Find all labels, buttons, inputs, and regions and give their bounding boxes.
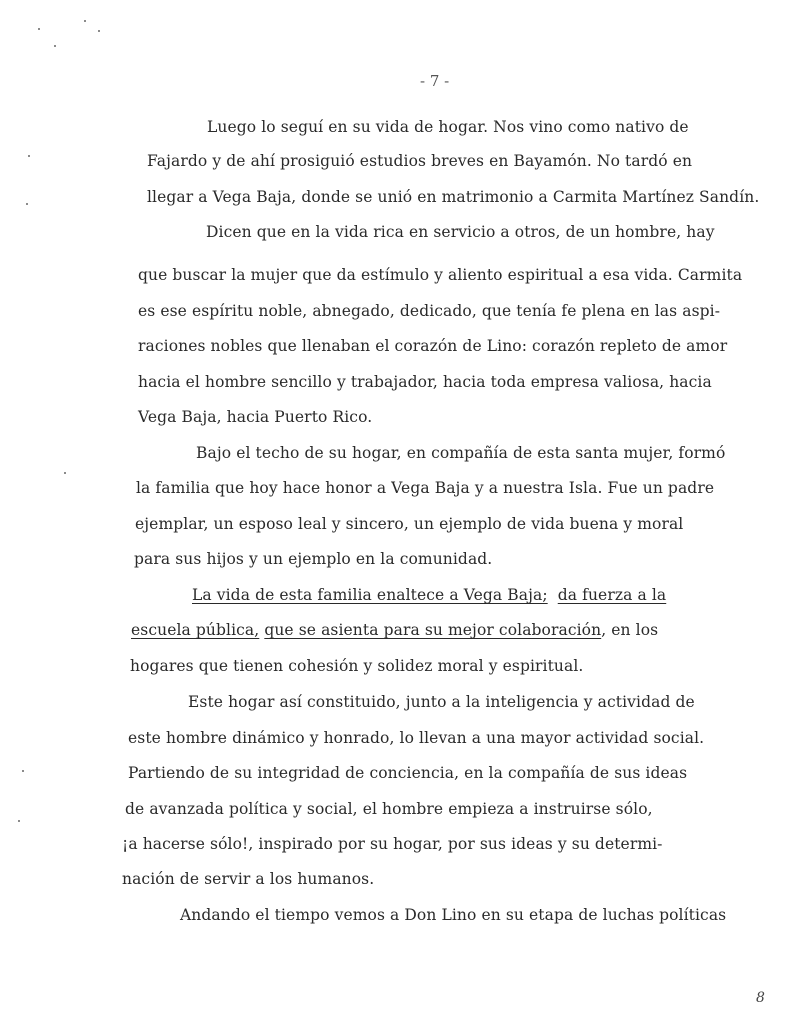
text-line: Vega Baja, hacia Puerto Rico.	[138, 408, 372, 426]
underlined-phrase: que se asienta para su mejor colaboració…	[264, 621, 601, 639]
text-line: que buscar la mujer que da estímulo y al…	[138, 266, 742, 284]
speck	[54, 45, 56, 47]
text-line: nación de servir a los humanos.	[122, 870, 374, 888]
handwritten-page-mark: 8	[756, 990, 765, 1006]
text-line: llegar a Vega Baja, donde se unió en mat…	[147, 188, 759, 206]
text-line: para sus hijos y un ejemplo en la comuni…	[134, 550, 492, 568]
text-line: Andando el tiempo vemos a Don Lino en su…	[180, 906, 726, 924]
speck	[38, 28, 40, 30]
text-line: la familia que hoy hace honor a Vega Baj…	[136, 479, 714, 497]
text-line: ejemplar, un esposo leal y sincero, un e…	[135, 515, 683, 533]
page-number: - 7 -	[420, 72, 449, 90]
text-line: Bajo el techo de su hogar, en compañía d…	[196, 444, 725, 462]
underlined-phrase: La vida de esta familia enaltece a Vega …	[192, 586, 548, 604]
text-line: Partiendo de su integridad de conciencia…	[128, 764, 687, 782]
speck	[28, 155, 30, 157]
text-line: Este hogar así constituido, junto a la i…	[188, 693, 695, 711]
text-line: Fajardo y de ahí prosiguió estudios brev…	[147, 152, 692, 170]
text-line: hacia el hombre sencillo y trabajador, h…	[138, 373, 712, 391]
text-line: raciones nobles que llenaban el corazón …	[138, 337, 727, 355]
speck	[22, 770, 24, 772]
text-line: es ese espíritu noble, abnegado, dedicad…	[138, 302, 720, 320]
underlined-phrase: da fuerza a la	[558, 586, 667, 604]
text-fragment: , en los	[601, 621, 658, 639]
text-line: ¡a hacerse sólo!, inspirado por su hogar…	[122, 835, 663, 853]
underlined-phrase: escuela pública,	[131, 621, 259, 639]
underlined-line: La vida de esta familia enaltece a Vega …	[192, 586, 666, 604]
text-line: de avanzada política y social, el hombre…	[125, 800, 653, 818]
text-line: Dicen que en la vida rica en servicio a …	[206, 223, 715, 241]
underlined-line: escuela pública, que se asienta para su …	[131, 621, 658, 639]
text-line: Luego lo seguí en su vida de hogar. Nos …	[207, 118, 689, 136]
speck	[18, 820, 20, 822]
text-line: este hombre dinámico y honrado, lo lleva…	[128, 729, 704, 747]
speck	[64, 472, 66, 474]
speck	[84, 20, 86, 22]
speck	[26, 203, 28, 205]
speck	[98, 30, 100, 32]
text-line: hogares que tienen cohesión y solidez mo…	[130, 657, 583, 675]
